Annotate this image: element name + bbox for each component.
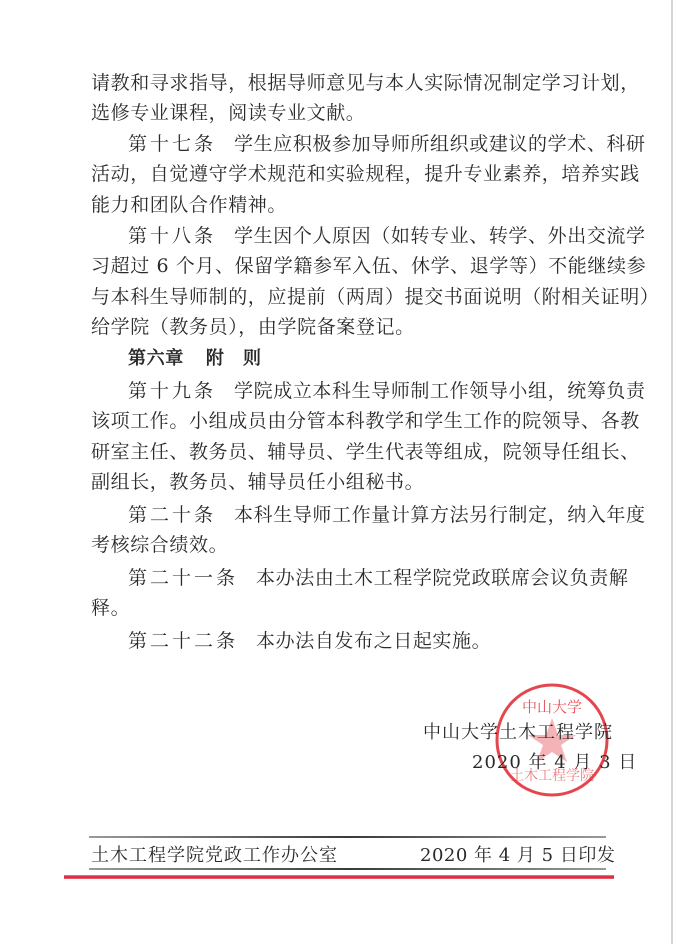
article-number: 第十八条 [128, 224, 216, 248]
article-17-first-line: 第十七条学生应积极参加导师所组织或建议的学术、科研 [128, 132, 648, 156]
seal-top-text: 中山大学 [522, 698, 582, 716]
signature-organization: 中山大学土木工程学院 [423, 722, 613, 744]
footer-top-rule [89, 836, 606, 838]
article-22-first-line: 第二十二条本办法自发布之日起实施。 [128, 629, 648, 653]
text-line: 能力和团队合作精神。 [91, 193, 611, 217]
text-line: 学生因个人原因（如转专业、转学、外出交流学 [234, 225, 646, 247]
footer-issue-date: 2020 年 4 月 5 日印发 [420, 841, 615, 867]
footer-red-rule [64, 875, 614, 879]
article-number: 第二十一条 [128, 566, 238, 590]
text-line: 副组长，教务员、辅导员任小组秘书。 [91, 470, 611, 494]
text-line: 本科生导师工作量计算方法另行制定，纳入年度 [234, 504, 646, 526]
article-18-first-line: 第十八条学生因个人原因（如转专业、转学、外出交流学 [128, 224, 648, 248]
text-line: 本办法由土木工程学院党政联席会议负责解 [256, 567, 628, 589]
article-number: 第二十二条 [128, 629, 238, 653]
text-line: 研室主任、教务员、辅导员、学生代表等组成，院领导任组长、 [91, 440, 605, 464]
text-line: 请教和寻求指导，根据导师意见与本人实际情况制定学习计划， [91, 71, 605, 95]
text-line: 与本科生导师制的，应提前（两周）提交书面说明（附相关证明） [91, 285, 605, 309]
text-line: 学生应积极参加导师所组织或建议的学术、科研 [234, 133, 646, 155]
text-line: 本办法自发布之日起实施。 [256, 630, 491, 652]
text-line: 习超过 6 个月、保留学籍参军入伍、休学、退学等）不能继续参 [91, 254, 605, 278]
text-line: 该项工作。小组成员由分管本科教学和学生工作的院领导、各教 [91, 409, 605, 433]
signature-date: 2020 年 4 月 3 日 [472, 752, 637, 774]
text-line: 活动，自觉遵守学术规范和实验规程，提升专业素养，培养实践 [91, 162, 605, 186]
chapter-title: 附 则 [206, 348, 262, 369]
footer-bottom-rule [89, 868, 606, 870]
article-number: 第十九条 [128, 379, 216, 403]
article-number: 第二十条 [128, 503, 216, 527]
text-line: 学院成立本科生导师制工作领导小组，统筹负责 [234, 380, 646, 402]
page-edge [671, 0, 673, 944]
article-19-first-line: 第十九条学院成立本科生导师制工作领导小组，统筹负责 [128, 379, 648, 403]
footer-issuer: 土木工程学院党政工作办公室 [91, 841, 338, 867]
text-line: 给学院（教务员），由学院备案登记。 [91, 315, 611, 339]
chapter-number: 第六章 [128, 348, 184, 369]
article-20-first-line: 第二十条本科生导师工作量计算方法另行制定，纳入年度 [128, 503, 648, 527]
article-21-first-line: 第二十一条本办法由土木工程学院党政联席会议负责解 [128, 566, 648, 590]
text-line: 释。 [91, 596, 611, 620]
article-number: 第十七条 [128, 132, 216, 156]
document-page: 请教和寻求指导，根据导师意见与本人实际情况制定学习计划， 选修专业课程，阅读专业… [0, 0, 677, 944]
text-line: 考核综合绩效。 [91, 533, 611, 557]
text-line: 选修专业课程，阅读专业文献。 [91, 101, 611, 125]
chapter-heading: 第六章附 则 [128, 347, 648, 371]
